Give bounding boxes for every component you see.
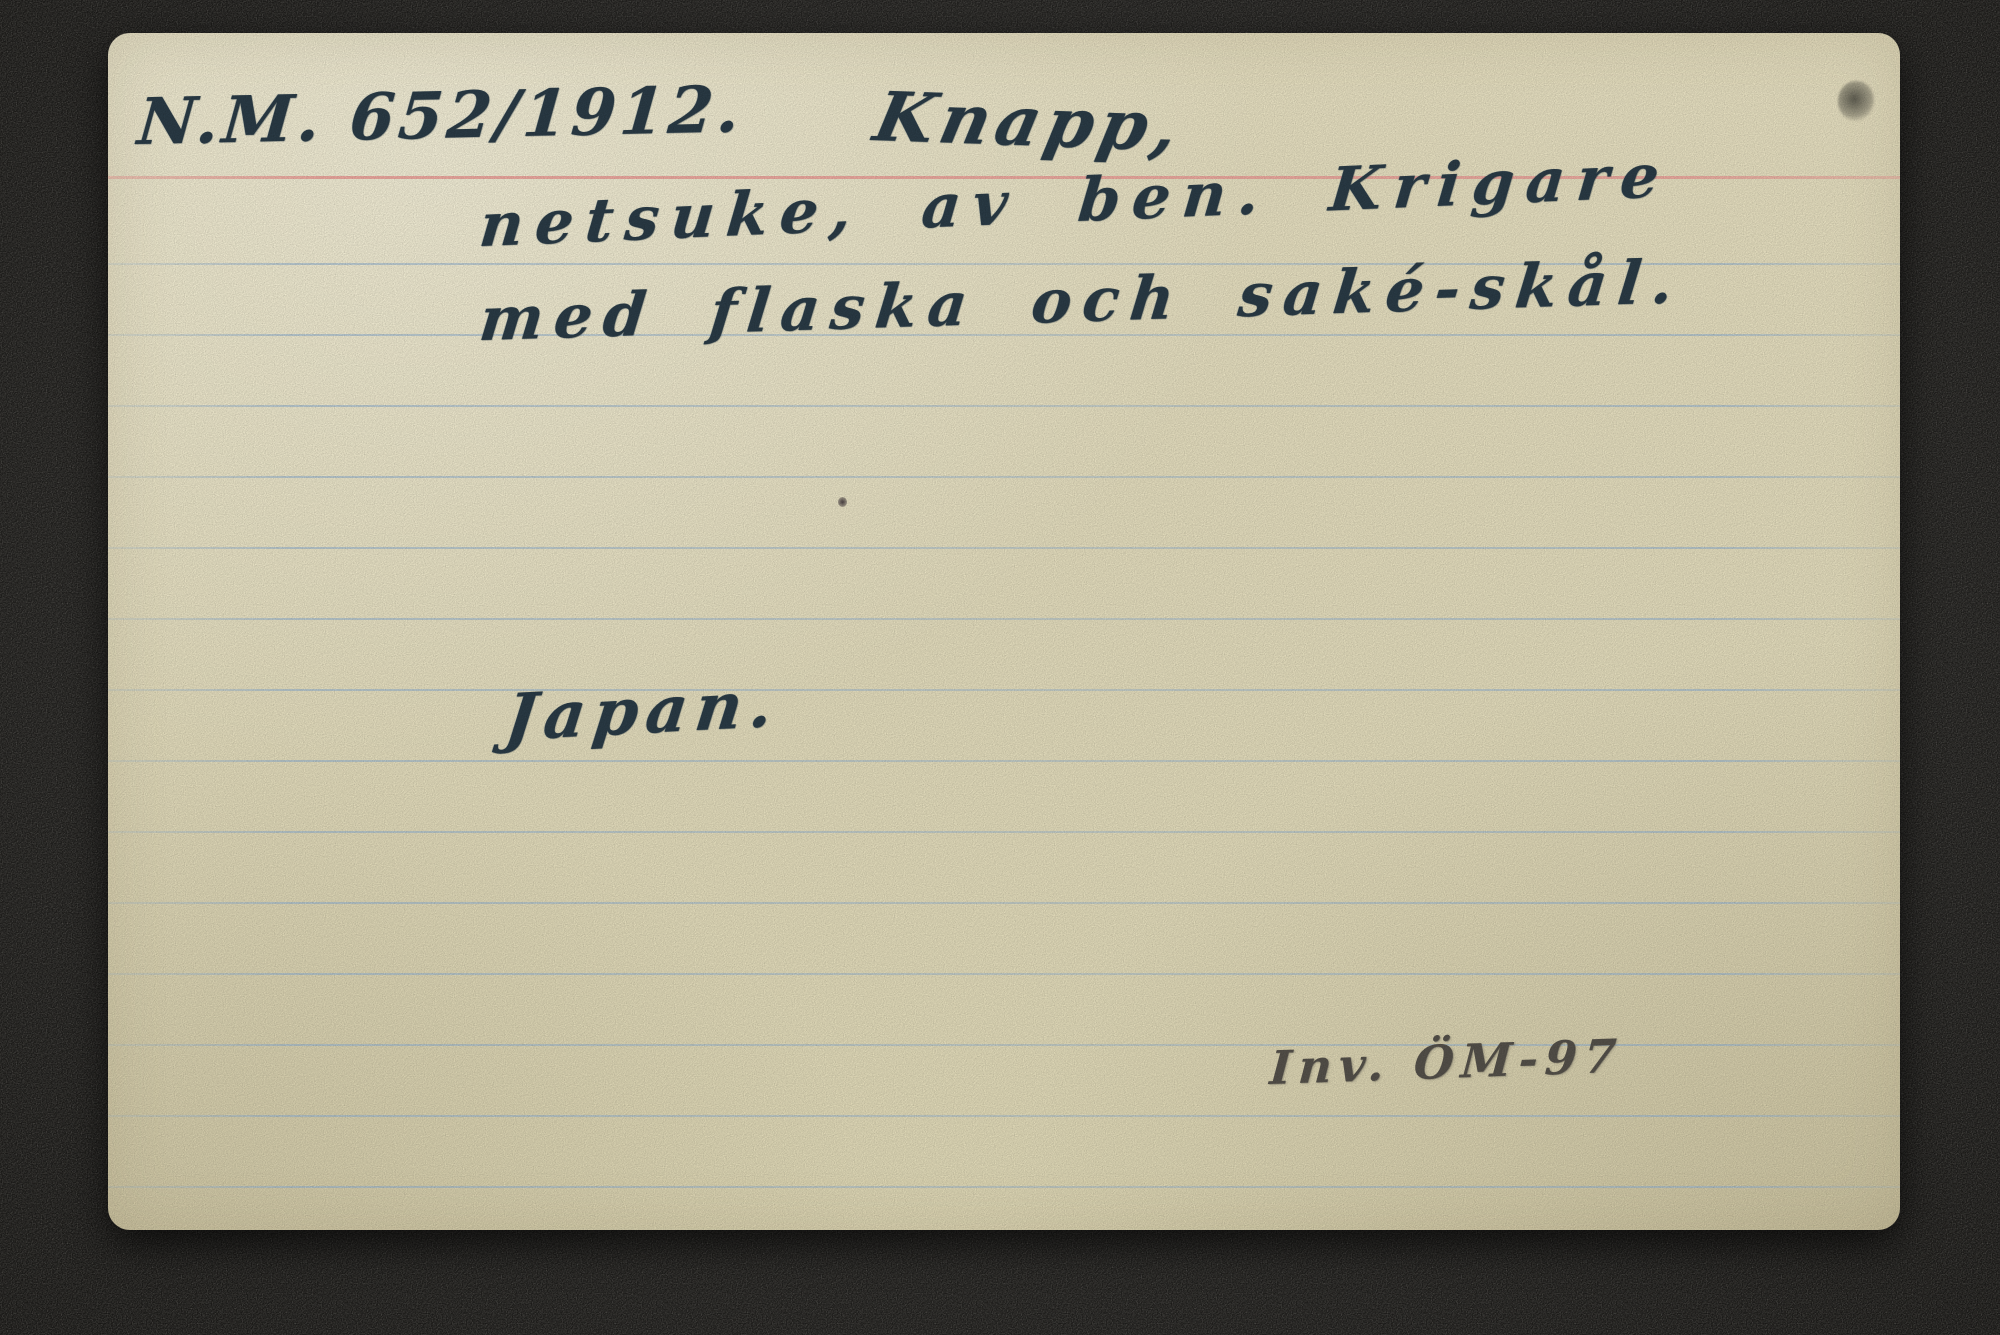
ink-speck	[838, 497, 847, 507]
index-card: N.M. 652/1912. Knapp, netsuke, av ben. K…	[108, 33, 1900, 1230]
blue-rule	[108, 547, 1900, 549]
origin-note: Japan.	[501, 666, 785, 756]
object-title: Knapp,	[868, 77, 1192, 167]
blue-rule	[108, 902, 1900, 904]
photo-background: N.M. 652/1912. Knapp, netsuke, av ben. K…	[0, 0, 2000, 1335]
fingerprint-smudge	[1838, 81, 1874, 121]
blue-rule	[108, 973, 1900, 975]
accession-number: N.M. 652/1912.	[135, 72, 747, 160]
blue-rule	[108, 405, 1900, 407]
inventory-number: Inv. ÖM-97	[1268, 1029, 1625, 1095]
blue-rule	[108, 1044, 1900, 1046]
blue-rule	[108, 760, 1900, 762]
blue-rule	[108, 831, 1900, 833]
blue-rule	[108, 689, 1900, 691]
blue-rule	[108, 1115, 1900, 1117]
blue-rule	[108, 476, 1900, 478]
blue-rule	[108, 618, 1900, 620]
blue-rule	[108, 1186, 1900, 1188]
